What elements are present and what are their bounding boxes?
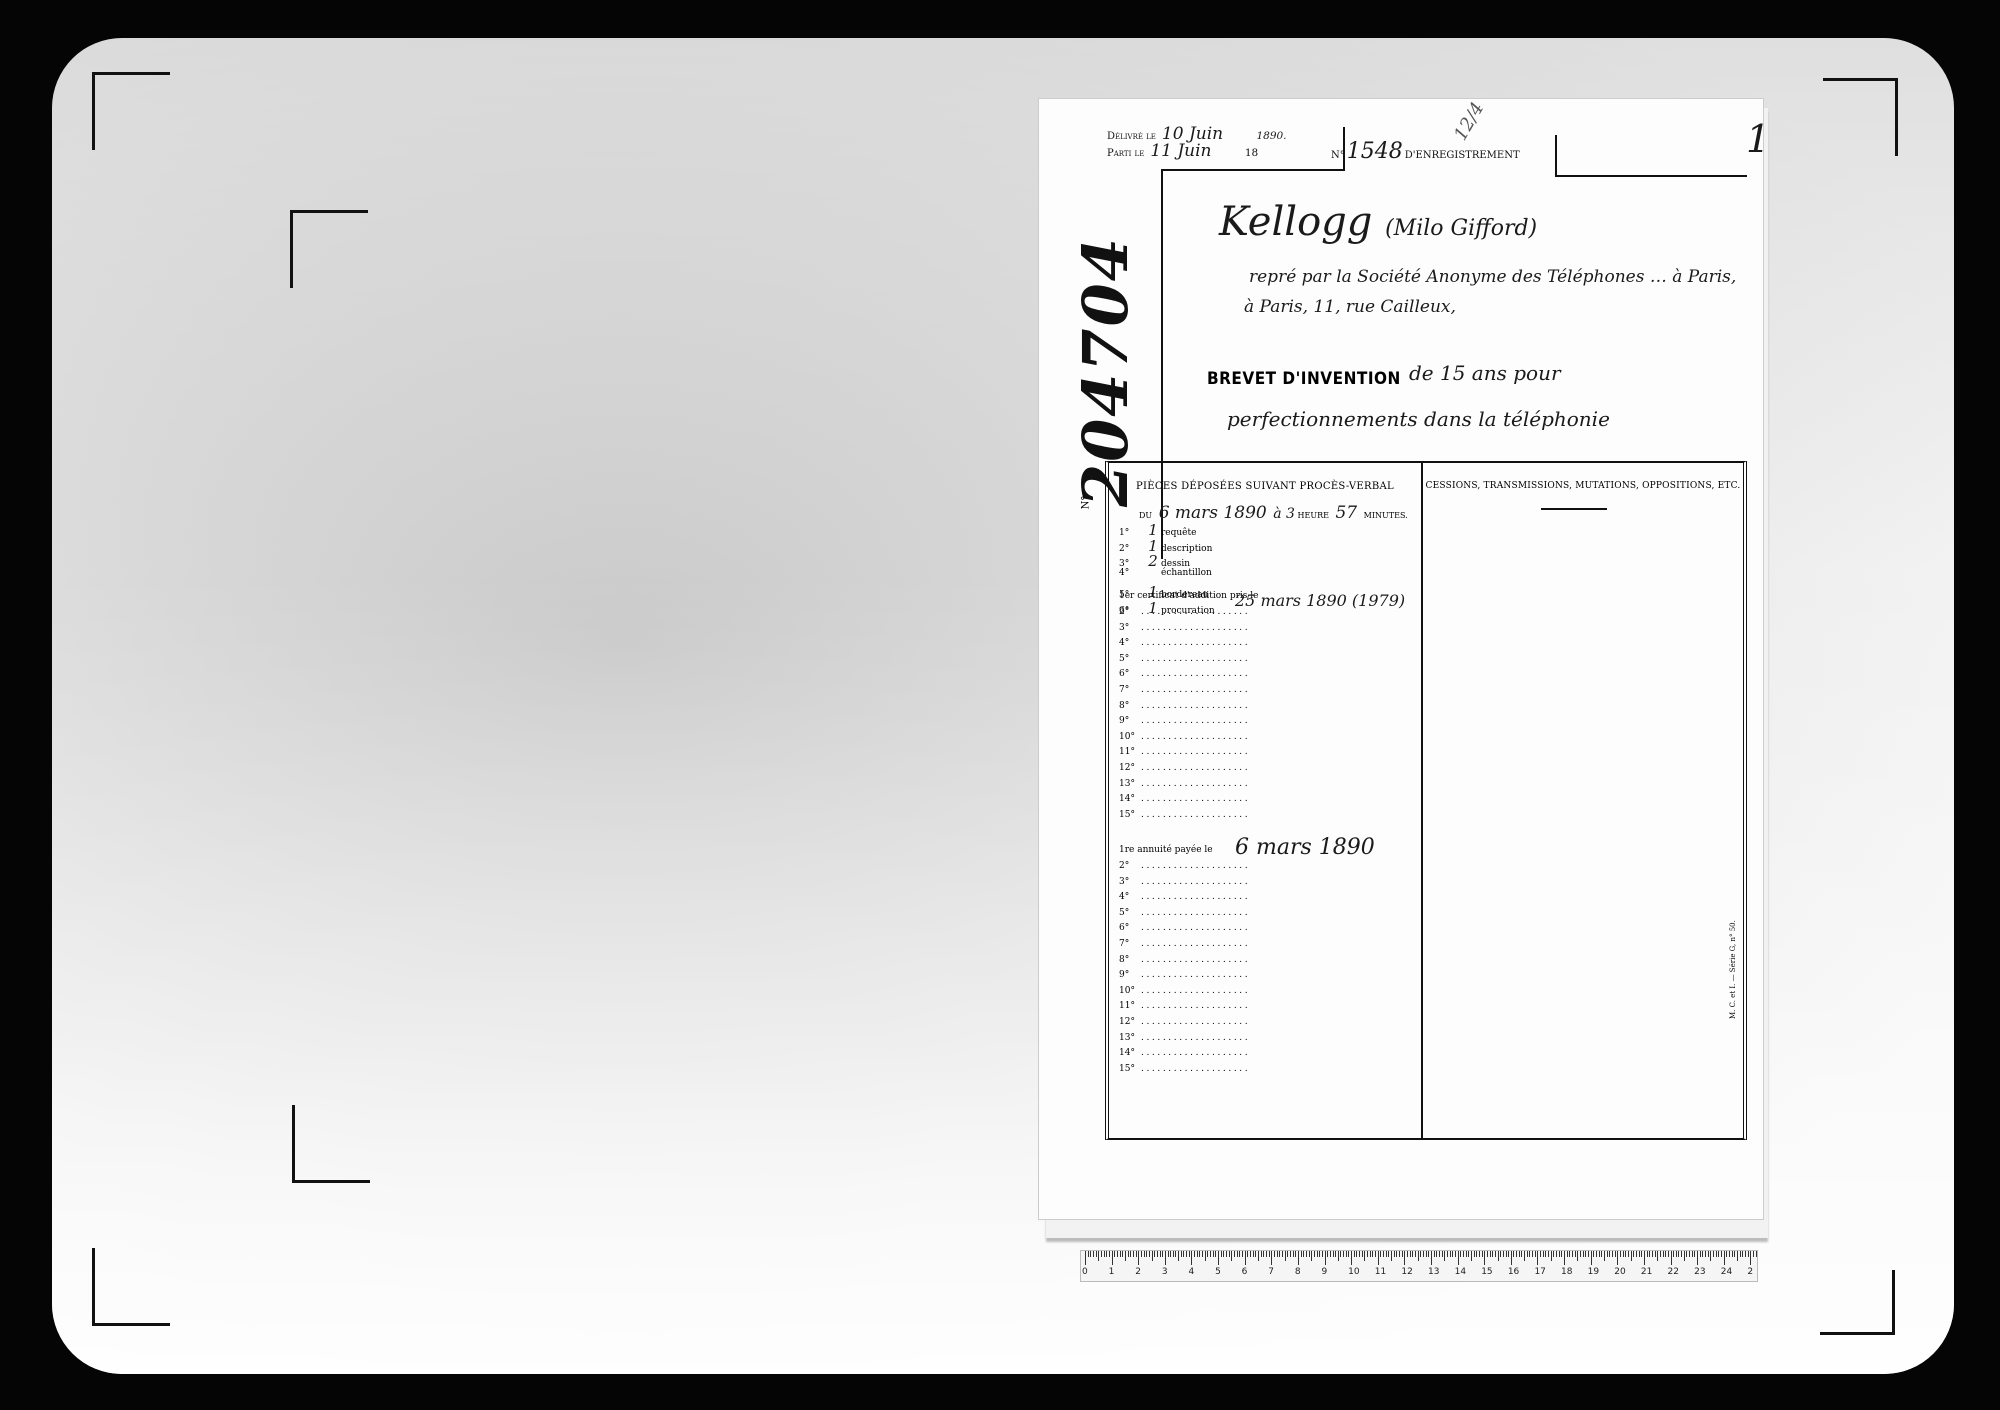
ruler-tick — [1282, 1251, 1283, 1257]
ruler-tick — [1104, 1251, 1105, 1257]
ruler-tick — [1205, 1251, 1206, 1261]
ruler-tick — [1543, 1251, 1544, 1257]
ruler-label: 10 — [1348, 1267, 1359, 1277]
dotted-row: 3°.................... — [1119, 877, 1250, 887]
ruler-tick — [1572, 1251, 1573, 1257]
ruler-tick — [1665, 1251, 1666, 1257]
ruler-tick — [1601, 1251, 1602, 1257]
ruler-tick — [1327, 1251, 1328, 1257]
ruler-tick — [1684, 1251, 1685, 1261]
ruler-tick — [1165, 1251, 1166, 1265]
ruler-tick — [1098, 1251, 1099, 1261]
printer-mark: M. C. et I. — Série G, n° 50. — [1729, 920, 1737, 1019]
ruler-tick — [1101, 1251, 1102, 1257]
ruler-tick — [1301, 1251, 1302, 1257]
ruler-tick — [1476, 1251, 1477, 1257]
dotted-row: 2°.................... — [1119, 607, 1250, 617]
ruler-tick — [1426, 1251, 1427, 1257]
ruler-tick — [1133, 1251, 1134, 1257]
dotted-row: 12°.................... — [1119, 1017, 1250, 1027]
ruler-tick — [1564, 1251, 1565, 1265]
ruler-tick — [1372, 1251, 1373, 1257]
ruler-tick — [1513, 1251, 1514, 1257]
ruler-tick — [1620, 1251, 1621, 1257]
proces-verbal-line: DU 6 mars 1890 à 3 HEURE 57 MINUTES. — [1139, 503, 1408, 523]
ruler-tick — [1168, 1251, 1169, 1257]
ruler-tick — [1412, 1251, 1413, 1257]
ruler-tick — [1529, 1251, 1530, 1257]
ruler-tick — [1599, 1251, 1600, 1257]
ruler-tick — [1263, 1251, 1264, 1257]
ruler-tick — [1160, 1251, 1161, 1257]
ruler-tick — [1375, 1251, 1376, 1257]
ruler-tick — [1636, 1251, 1637, 1257]
ruler-tick — [1423, 1251, 1424, 1257]
ruler-tick — [1498, 1251, 1499, 1261]
ruler-tick — [1713, 1251, 1714, 1257]
ruler-tick — [1604, 1251, 1605, 1261]
ruler-tick — [1455, 1251, 1456, 1257]
ruler-tick — [1088, 1251, 1089, 1257]
ruler-tick — [1410, 1251, 1411, 1257]
ruler-tick — [1348, 1251, 1349, 1257]
ruler-label: 7 — [1268, 1267, 1274, 1277]
ruler-tick — [1753, 1251, 1754, 1257]
ruler-tick — [1351, 1251, 1352, 1265]
ruler-tick — [1553, 1251, 1554, 1257]
ruler-tick — [1737, 1251, 1738, 1261]
ruler-tick — [1367, 1251, 1368, 1257]
ruler-tick — [1354, 1251, 1355, 1257]
dotted-row: 14°.................... — [1119, 1048, 1250, 1058]
pv-minutes: 57 — [1335, 503, 1357, 523]
ruler-tick — [1090, 1251, 1091, 1257]
ruler-label: 23 — [1694, 1267, 1705, 1277]
crop-mark-bottom-left — [92, 1248, 170, 1326]
ruler-tick — [1378, 1251, 1379, 1265]
ruler-tick — [1702, 1251, 1703, 1257]
folio-number: 1 — [1746, 117, 1770, 161]
ruler-tick — [1261, 1251, 1262, 1257]
applicant-address: à Paris, 11, rue Cailleux, — [1244, 297, 1456, 317]
ruler-tick — [1657, 1251, 1658, 1261]
ruler-tick — [1559, 1251, 1560, 1257]
ruler-tick — [1535, 1251, 1536, 1257]
dotted-row: 15°.................... — [1119, 810, 1250, 820]
ruler-tick — [1490, 1251, 1491, 1257]
ruler-tick — [1460, 1251, 1461, 1257]
ruler-tick — [1144, 1251, 1145, 1257]
column-separator — [1421, 463, 1423, 1138]
dotted-row: 10°.................... — [1119, 732, 1250, 742]
crop-mark-top-left — [92, 72, 170, 150]
ruler-tick — [1152, 1251, 1153, 1261]
ruler-tick — [1521, 1251, 1522, 1257]
ruler-tick — [1663, 1251, 1664, 1257]
ruler-tick — [1609, 1251, 1610, 1257]
ruler-tick — [1117, 1251, 1118, 1257]
ruler-tick — [1633, 1251, 1634, 1257]
registration-number: N°1548D'ENREGISTREMENT — [1331, 139, 1520, 164]
ruler-tick — [1202, 1251, 1203, 1257]
ruler-tick — [1253, 1251, 1254, 1257]
ruler-tick — [1391, 1251, 1392, 1261]
ruler-tick — [1269, 1251, 1270, 1257]
ruler-tick — [1575, 1251, 1576, 1257]
ruler-tick — [1686, 1251, 1687, 1257]
ruler-tick — [1175, 1251, 1176, 1257]
ruler-label: 17 — [1534, 1267, 1545, 1277]
applicant-name: Kellogg (Milo Gifford) — [1219, 199, 1537, 245]
dotted-row: 8°.................... — [1119, 701, 1250, 711]
ruler-tick — [1138, 1251, 1139, 1265]
ruler-label: 24 — [1721, 1267, 1732, 1277]
applicant-representative: repré par la Société Anonyme des Télépho… — [1249, 267, 1736, 287]
ruler-tick — [1128, 1251, 1129, 1257]
ruler-label: 16 — [1508, 1267, 1519, 1277]
dotted-row: 10°.................... — [1119, 986, 1250, 996]
piece-item: 4°échantillon — [1119, 568, 1419, 578]
dotted-row: 7°.................... — [1119, 939, 1250, 949]
ruler-tick — [1452, 1251, 1453, 1257]
ruler-tick — [1370, 1251, 1371, 1257]
ruler-tick — [1466, 1251, 1467, 1257]
ruler-tick — [1186, 1251, 1187, 1257]
ruler-tick — [1447, 1251, 1448, 1257]
ruler-tick — [1338, 1251, 1339, 1261]
ruler-tick — [1639, 1251, 1640, 1257]
ruler-tick — [1545, 1251, 1546, 1257]
patent-number-prefix: N° — [1080, 496, 1091, 510]
ruler-tick — [1106, 1251, 1107, 1257]
ruler-label: 12 — [1401, 1267, 1412, 1277]
ruler-tick — [1644, 1251, 1645, 1265]
dotted-row: 15°.................... — [1119, 1064, 1250, 1074]
dotted-row: 7°.................... — [1119, 685, 1250, 695]
ruler-tick — [1218, 1251, 1219, 1265]
ruler-tick — [1511, 1251, 1512, 1265]
ruler-tick — [1492, 1251, 1493, 1257]
ruler-tick — [1274, 1251, 1275, 1257]
certificat-value: 25 mars 1890 (1979) — [1235, 591, 1405, 610]
ruler-tick — [1402, 1251, 1403, 1257]
ruler-tick — [1458, 1251, 1459, 1265]
ruler-tick — [1527, 1251, 1528, 1257]
ruler-tick — [1710, 1251, 1711, 1261]
ruler-tick — [1503, 1251, 1504, 1257]
ruler-tick — [1362, 1251, 1363, 1257]
ruler-tick — [1226, 1251, 1227, 1257]
dotted-row: 9°.................... — [1119, 970, 1250, 980]
ruler-tick — [1450, 1251, 1451, 1257]
ruler-tick — [1388, 1251, 1389, 1257]
ruler-tick — [1333, 1251, 1334, 1257]
ruler-tick — [1141, 1251, 1142, 1257]
ruler-tick — [1561, 1251, 1562, 1257]
ruler-tick — [1210, 1251, 1211, 1257]
ruler-tick — [1697, 1251, 1698, 1265]
ruler-tick — [1404, 1251, 1405, 1265]
dotted-row: 3°.................... — [1119, 623, 1250, 633]
ruler-tick — [1428, 1251, 1429, 1257]
dotted-row: 11°.................... — [1119, 747, 1250, 757]
ruler-label: 22 — [1668, 1267, 1679, 1277]
dotted-row: 2°.................... — [1119, 861, 1250, 871]
ruler-tick — [1655, 1251, 1656, 1257]
ruler-tick — [1681, 1251, 1682, 1257]
brevet-duration: de 15 ans pour — [1409, 361, 1561, 385]
ruler-tick — [1290, 1251, 1291, 1257]
ruler-tick — [1114, 1251, 1115, 1257]
ruler-tick — [1442, 1251, 1443, 1257]
ruler-tick — [1607, 1251, 1608, 1257]
dotted-row: 5°.................... — [1119, 908, 1250, 918]
ruler-tick — [1250, 1251, 1251, 1257]
ruler-tick — [1325, 1251, 1326, 1265]
ruler-tick — [1183, 1251, 1184, 1257]
ruler-tick — [1415, 1251, 1416, 1257]
ruler-tick — [1356, 1251, 1357, 1257]
dotted-row: 12°.................... — [1119, 763, 1250, 773]
ruler-tick — [1215, 1251, 1216, 1257]
ruler-tick — [1322, 1251, 1323, 1257]
ruler-tick — [1756, 1251, 1757, 1257]
ruler-tick — [1671, 1251, 1672, 1265]
ruler-tick — [1689, 1251, 1690, 1257]
ruler-tick — [1364, 1251, 1365, 1261]
ruler-tick — [1149, 1251, 1150, 1257]
dotted-row: 5°.................... — [1119, 654, 1250, 664]
ruler-tick — [1194, 1251, 1195, 1257]
ruler-tick — [1234, 1251, 1235, 1257]
registration-value: 1548 — [1347, 139, 1403, 164]
ruler-label: 0 — [1082, 1267, 1088, 1277]
ruler-tick — [1407, 1251, 1408, 1257]
ruler-tick — [1516, 1251, 1517, 1257]
ruler-tick — [1271, 1251, 1272, 1265]
pv-date: 6 mars 1890 — [1159, 503, 1267, 523]
ruler-tick — [1628, 1251, 1629, 1257]
ruler-tick — [1314, 1251, 1315, 1257]
ruler-tick — [1519, 1251, 1520, 1257]
ruler-tick — [1625, 1251, 1626, 1257]
dotted-row: 13°.................... — [1119, 1033, 1250, 1043]
cessions-header-rule — [1541, 508, 1607, 510]
ruler-label: 11 — [1375, 1267, 1386, 1277]
ruler-label: 2 — [1747, 1267, 1753, 1277]
pv-hour: à 3 — [1273, 506, 1295, 522]
ruler-tick — [1199, 1251, 1200, 1257]
ruler-tick — [1615, 1251, 1616, 1257]
ruler-tick — [1173, 1251, 1174, 1257]
ruler-tick — [1125, 1251, 1126, 1261]
ruler-tick — [1742, 1251, 1743, 1257]
ruler-tick — [1285, 1251, 1286, 1261]
ruler-label: 9 — [1322, 1267, 1328, 1277]
ruler-tick — [1317, 1251, 1318, 1257]
ruler-tick — [1239, 1251, 1240, 1257]
ruler-tick — [1266, 1251, 1267, 1257]
ruler-tick — [1223, 1251, 1224, 1257]
ruler-tick — [1484, 1251, 1485, 1265]
ruler-tick — [1740, 1251, 1741, 1257]
ruler-tick — [1724, 1251, 1725, 1265]
ruler-label: 21 — [1641, 1267, 1652, 1277]
ruler-tick — [1524, 1251, 1525, 1261]
ruler-tick — [1189, 1251, 1190, 1257]
delivery-box-border — [1161, 127, 1345, 171]
brevet-subject: perfectionnements dans la téléphonie — [1227, 407, 1610, 431]
ruler-label: 4 — [1188, 1267, 1194, 1277]
ruler-tick — [1112, 1251, 1113, 1265]
ruler-tick — [1623, 1251, 1624, 1257]
ruler-tick — [1588, 1251, 1589, 1257]
ruler-tick — [1231, 1251, 1232, 1261]
ruler-tick — [1726, 1251, 1727, 1257]
ruler-tick — [1748, 1251, 1749, 1257]
ruler-tick — [1335, 1251, 1336, 1257]
ruler-tick — [1700, 1251, 1701, 1257]
ruler-tick — [1692, 1251, 1693, 1257]
ruler-tick — [1750, 1251, 1751, 1265]
ruler-tick — [1303, 1251, 1304, 1257]
ruler-tick — [1482, 1251, 1483, 1257]
ruler-tick — [1136, 1251, 1137, 1257]
ruler-tick — [1399, 1251, 1400, 1257]
ruler-tick — [1287, 1251, 1288, 1257]
ruler-tick — [1678, 1251, 1679, 1257]
ruler-tick — [1593, 1251, 1594, 1257]
ruler-tick — [1705, 1251, 1706, 1257]
ruler-label: 3 — [1162, 1267, 1168, 1277]
ruler-tick — [1745, 1251, 1746, 1257]
ruler-tick — [1556, 1251, 1557, 1257]
ruler-tick — [1431, 1251, 1432, 1265]
ruler-tick — [1495, 1251, 1496, 1257]
ruler-tick — [1439, 1251, 1440, 1257]
ruler-tick — [1694, 1251, 1695, 1257]
ruler-tick — [1157, 1251, 1158, 1257]
ruler-tick — [1537, 1251, 1538, 1265]
ruler-tick — [1191, 1251, 1192, 1265]
ruler-tick — [1221, 1251, 1222, 1257]
ruler-label: 18 — [1561, 1267, 1572, 1277]
ruler-tick — [1346, 1251, 1347, 1257]
ruler-tick — [1551, 1251, 1552, 1261]
ruler-tick — [1181, 1251, 1182, 1257]
ruler-tick — [1583, 1251, 1584, 1257]
ruler-label: 14 — [1455, 1267, 1466, 1277]
ruler-tick — [1298, 1251, 1299, 1265]
ruler-tick — [1479, 1251, 1480, 1257]
ruler-tick — [1631, 1251, 1632, 1261]
dotted-row: 4°.................... — [1119, 892, 1250, 902]
brevet-title: BREVET D'INVENTION — [1207, 369, 1401, 389]
ruler-tick — [1474, 1251, 1475, 1257]
ruler-label: 19 — [1588, 1267, 1599, 1277]
ruler-tick — [1567, 1251, 1568, 1257]
ruler-tick — [1676, 1251, 1677, 1257]
registration-annotation: 12/4 — [1450, 99, 1488, 145]
ruler-tick — [1708, 1251, 1709, 1257]
ruler-tick — [1532, 1251, 1533, 1257]
ruler-tick — [1548, 1251, 1549, 1257]
ruler-tick — [1732, 1251, 1733, 1257]
record-form: PIÈCES DÉPOSÉES SUIVANT PROCÈS-VERBAL CE… — [1105, 461, 1747, 1140]
ruler-tick — [1487, 1251, 1488, 1257]
ruler-tick — [1093, 1251, 1094, 1257]
pieces-header: PIÈCES DÉPOSÉES SUIVANT PROCÈS-VERBAL — [1109, 481, 1421, 492]
ruler-tick — [1380, 1251, 1381, 1257]
cessions-header: CESSIONS, TRANSMISSIONS, MUTATIONS, OPPO… — [1423, 481, 1743, 491]
ruler-tick — [1394, 1251, 1395, 1257]
ruler-tick — [1154, 1251, 1155, 1257]
ruler-tick — [1734, 1251, 1735, 1257]
ruler-tick — [1245, 1251, 1246, 1265]
dotted-row: 4°.................... — [1119, 638, 1250, 648]
ruler-tick — [1295, 1251, 1296, 1257]
ruler-tick — [1247, 1251, 1248, 1257]
ruler-tick — [1242, 1251, 1243, 1257]
ruler-tick — [1463, 1251, 1464, 1257]
parti-label: Parti le — [1107, 148, 1144, 159]
ruler-tick — [1229, 1251, 1230, 1257]
ruler-tick — [1279, 1251, 1280, 1257]
ruler-tick — [1120, 1251, 1121, 1257]
annuite-value: 6 mars 1890 — [1235, 835, 1375, 860]
ruler-tick — [1444, 1251, 1445, 1261]
ruler-tick — [1649, 1251, 1650, 1257]
ruler-tick — [1178, 1251, 1179, 1261]
ruler-tick — [1418, 1251, 1419, 1261]
annuite-row-1: 1re annuité payée le — [1119, 845, 1213, 855]
ruler-label: 1 — [1109, 1267, 1115, 1277]
ruler-tick — [1721, 1251, 1722, 1257]
ruler-tick — [1330, 1251, 1331, 1257]
ruler-tick — [1359, 1251, 1360, 1257]
ruler-tick — [1647, 1251, 1648, 1257]
ruler-tick — [1306, 1251, 1307, 1257]
ruler-tick — [1293, 1251, 1294, 1257]
dotted-row: 14°.................... — [1119, 794, 1250, 804]
folio-box-border — [1555, 135, 1747, 177]
ruler-tick — [1434, 1251, 1435, 1257]
ruler-tick — [1471, 1251, 1472, 1261]
ruler-tick — [1386, 1251, 1387, 1257]
ruler-tick — [1436, 1251, 1437, 1257]
ruler-tick — [1508, 1251, 1509, 1257]
ruler-tick — [1718, 1251, 1719, 1257]
ruler-tick — [1085, 1251, 1086, 1265]
ruler-tick — [1319, 1251, 1320, 1257]
measurement-ruler: 0123456789101112131415161718192021222324… — [1080, 1250, 1758, 1282]
ruler-tick — [1716, 1251, 1717, 1257]
ruler-label: 6 — [1242, 1267, 1248, 1277]
ruler-tick — [1096, 1251, 1097, 1257]
ruler-tick — [1146, 1251, 1147, 1257]
ruler-label: 8 — [1295, 1267, 1301, 1277]
ruler-tick — [1506, 1251, 1507, 1257]
ruler-tick — [1673, 1251, 1674, 1257]
crop-mark-inner-top-left — [290, 210, 368, 288]
crop-mark-bottom-right — [1820, 1270, 1895, 1335]
ruler-tick — [1197, 1251, 1198, 1257]
ruler-tick — [1585, 1251, 1586, 1257]
patent-record-page: Délivré le10 Juin 1890. Parti le11 Juin … — [1038, 98, 1764, 1220]
ruler-label: 15 — [1481, 1267, 1492, 1277]
ruler-tick — [1569, 1251, 1570, 1257]
ruler-tick — [1468, 1251, 1469, 1257]
